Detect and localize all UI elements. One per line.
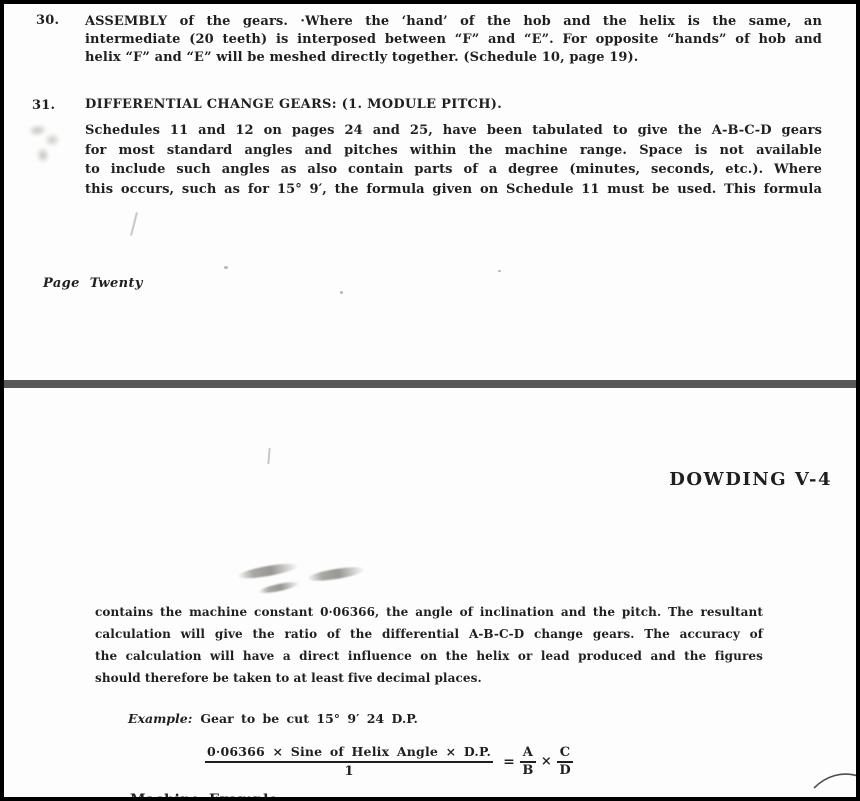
- formula-main-fraction: 0·06366 × Sine of Helix Angle × D.P. 1: [205, 744, 493, 779]
- fraction-c: C: [557, 746, 573, 763]
- fraction-c-over-d: C D: [557, 746, 573, 778]
- scan-border-right: [856, 0, 860, 801]
- fraction-b: B: [522, 763, 533, 778]
- continuation-paragraph: contains the machine constant 0·06366, t…: [95, 601, 763, 689]
- scan-stain-mark: [25, 118, 69, 169]
- document-reference-title: DOWDING V-4: [669, 469, 832, 490]
- section-31-number: 31.: [32, 98, 55, 113]
- example-label: Example:: [128, 711, 192, 726]
- scan-speck: [340, 291, 343, 294]
- corner-curl-mark: [812, 760, 860, 792]
- scan-scratch-mark: [267, 448, 270, 464]
- equals-sign: =: [503, 754, 515, 770]
- section-30-paragraph: ASSEMBLY of the gears. ·Where the ‘hand’…: [85, 13, 822, 67]
- multiply-sign: ×: [541, 754, 552, 769]
- scan-border-bottom: [0, 797, 860, 801]
- scan-smudge: [307, 565, 366, 584]
- scan-border-top: [0, 0, 860, 4]
- section-31-heading: DIFFERENTIAL CHANGE GEARS: (1. MODULE PI…: [85, 97, 502, 112]
- page-separator-bar: [0, 380, 860, 388]
- page-number-label: Page Twenty: [43, 276, 143, 291]
- scan-smudge: [237, 561, 300, 582]
- scan-scratch-mark: [130, 212, 138, 236]
- scanned-manual-page: 30. ASSEMBLY of the gears. ·Where the ‘h…: [0, 0, 860, 801]
- fraction-a-over-b: A B: [520, 746, 536, 778]
- fraction-a: A: [520, 746, 536, 763]
- scan-border-left: [0, 0, 4, 801]
- formula-denominator: 1: [205, 763, 493, 779]
- scan-speck: [224, 266, 228, 269]
- formula-numerator: 0·06366 × Sine of Helix Angle × D.P.: [205, 744, 493, 763]
- scan-speck: [498, 270, 501, 272]
- gear-ratio-formula: 0·06366 × Sine of Helix Angle × D.P. 1 =…: [205, 744, 573, 779]
- section-30-number: 30.: [36, 13, 59, 28]
- example-line: Example:Gear to be cut 15° 9′ 24 D.P.: [128, 711, 418, 726]
- scan-smudge: [258, 580, 301, 596]
- fraction-d: D: [559, 763, 570, 778]
- example-text: Gear to be cut 15° 9′ 24 D.P.: [200, 711, 418, 726]
- section-31-paragraph: Schedules 11 and 12 on pages 24 and 25, …: [85, 121, 822, 199]
